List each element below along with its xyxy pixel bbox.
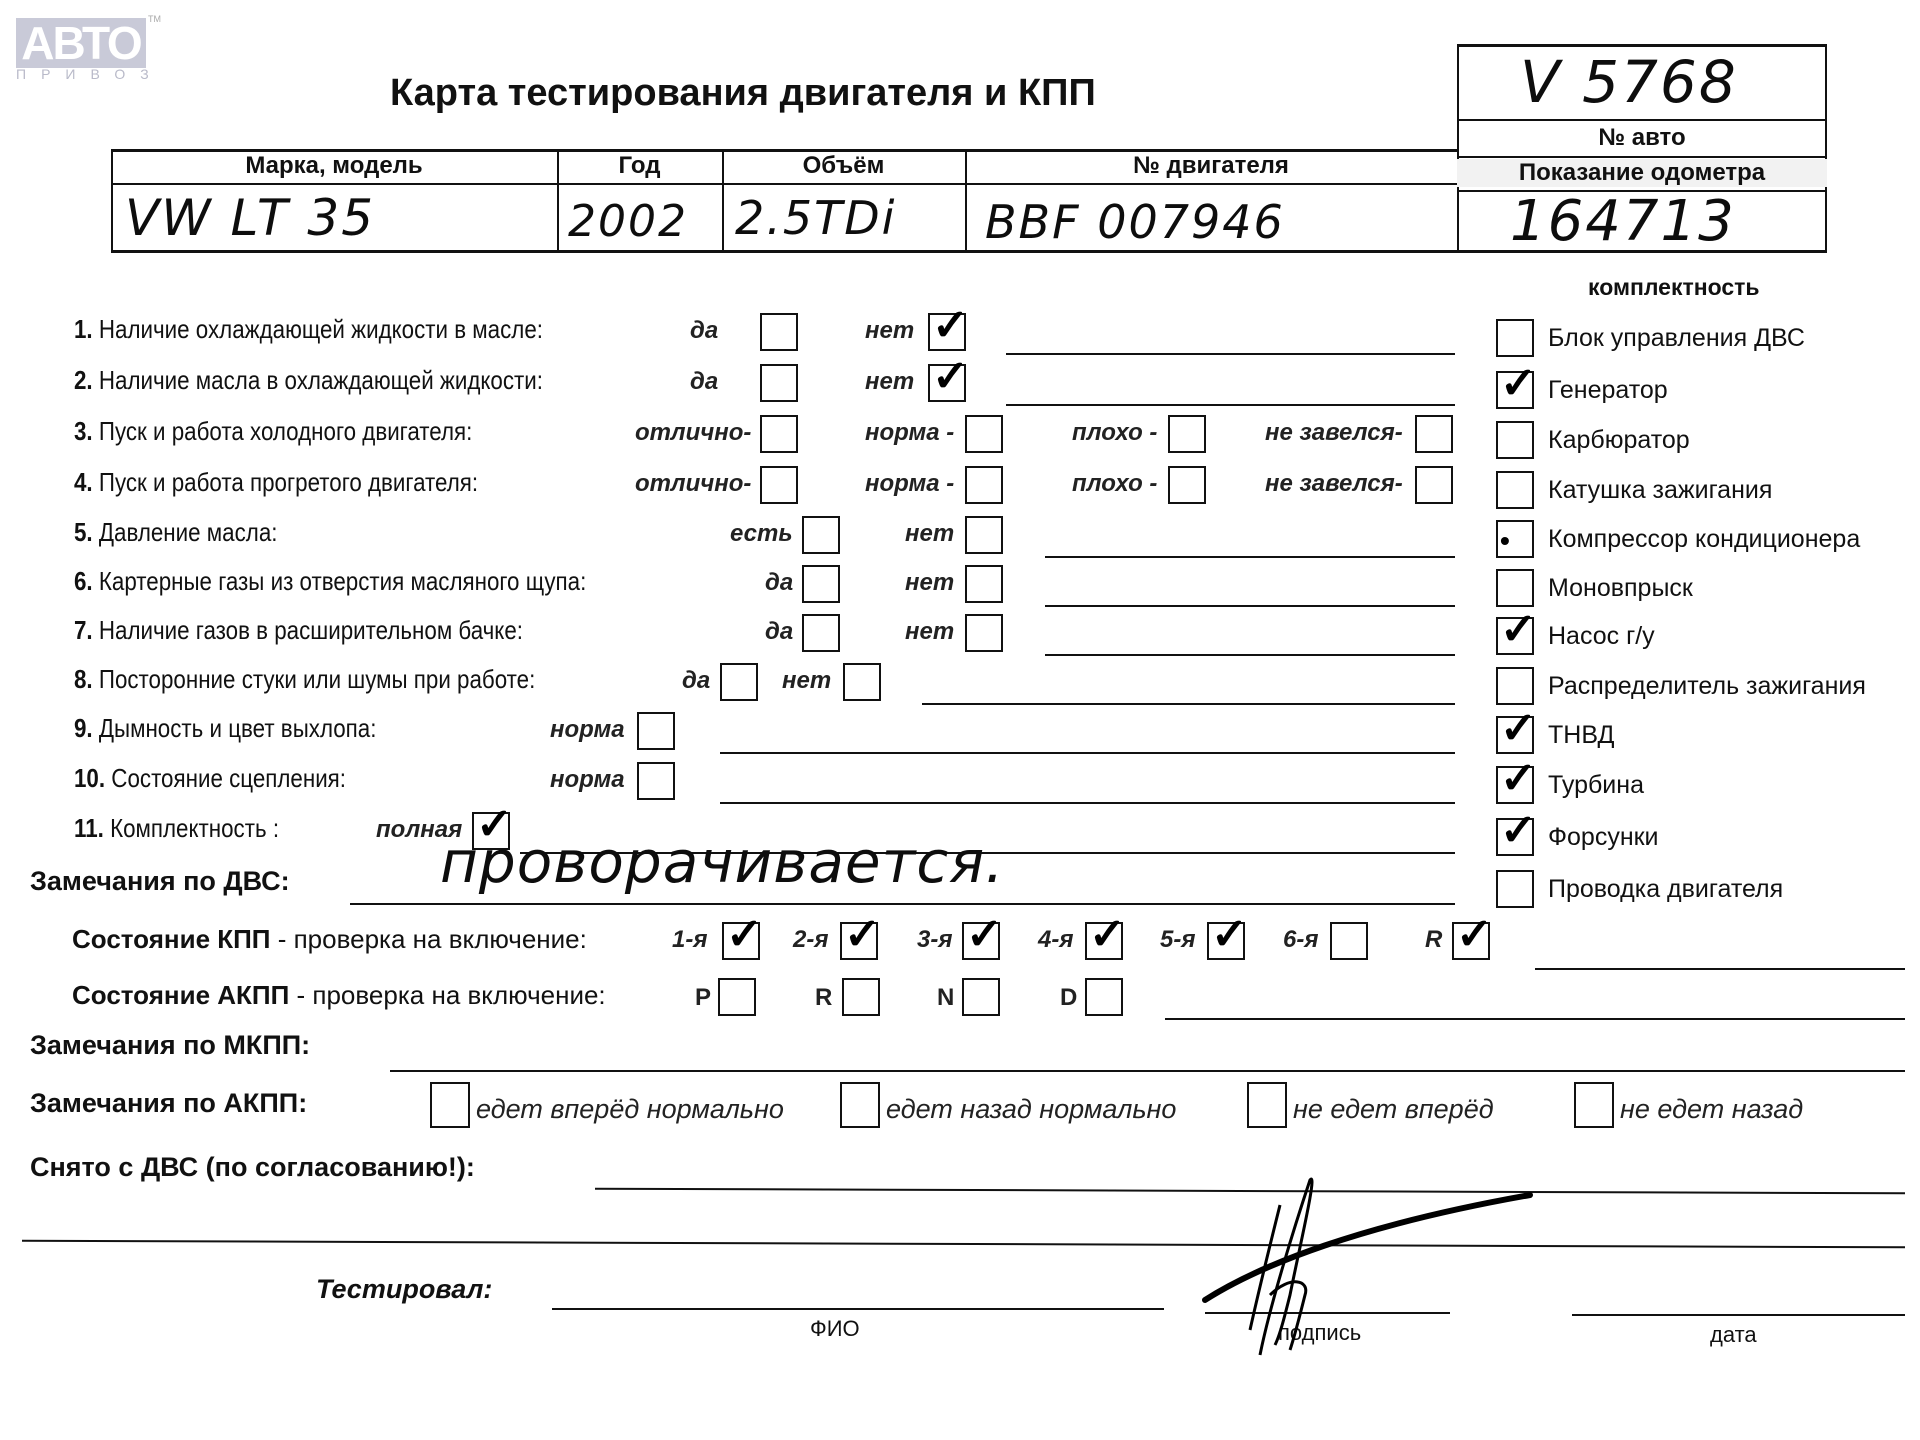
check-row-number: 10. [74, 763, 111, 793]
note-field[interactable] [1045, 556, 1455, 558]
completeness-checkbox[interactable] [1496, 870, 1534, 908]
gear-checkbox[interactable] [1085, 922, 1123, 960]
option-checkbox[interactable] [965, 565, 1003, 603]
option-label: нет [905, 618, 954, 646]
auto-gearbox-label-rest: - проверка на включение: [289, 980, 605, 1010]
check-row-text: Состояние сцепления: [111, 763, 346, 793]
column-header-year: Год [557, 152, 722, 180]
completeness-checkbox[interactable] [1496, 766, 1534, 804]
option-checkbox[interactable] [928, 364, 966, 402]
position-checkbox[interactable] [1085, 978, 1123, 1016]
option-label: не завелся- [1265, 470, 1403, 498]
completeness-checkbox[interactable] [1496, 319, 1534, 357]
option-label: есть [730, 520, 793, 548]
gear-checkbox[interactable] [840, 922, 878, 960]
option-checkbox[interactable] [760, 415, 798, 453]
check-row-number: 6. [74, 566, 99, 596]
completeness-item-label: Карбюратор [1548, 426, 1690, 455]
completeness-checkbox[interactable] [1496, 569, 1534, 607]
gear-checkbox[interactable] [1330, 922, 1368, 960]
option-label: отлично- [635, 419, 751, 447]
manual-gearbox-label: Состояние КПП - проверка на включение: [72, 924, 587, 955]
logo-tm: TM [148, 14, 161, 24]
completeness-item-label: Насос г/у [1548, 622, 1655, 651]
akpp-remarks-label: Замечания по АКПП: [30, 1088, 307, 1119]
engine-number-value[interactable]: BBF 007946 [985, 192, 1285, 252]
option-checkbox[interactable] [843, 663, 881, 701]
option-checkbox[interactable] [802, 516, 840, 554]
column-header-make-model: Марка, модель [111, 152, 557, 180]
odometer-value[interactable]: 164713 [1510, 192, 1736, 252]
completeness-checkbox[interactable] [1496, 667, 1534, 705]
option-checkbox[interactable] [760, 466, 798, 504]
completeness-item-label: Генератор [1548, 376, 1668, 405]
mkpp-remarks-label: Замечания по МКПП: [30, 1030, 310, 1061]
check-row-number: 9. [74, 713, 99, 743]
option-checkbox[interactable] [802, 565, 840, 603]
option-checkbox[interactable] [928, 313, 966, 351]
gear-label: 4-я [1038, 926, 1073, 954]
check-row-label: 4. Пуск и работа прогретого двигателя: [74, 467, 478, 498]
check-row-text: Наличие газов в расширительном бачке: [99, 615, 523, 645]
option-label: да [690, 317, 718, 345]
option-checkbox[interactable] [965, 466, 1003, 504]
akpp-remark-checkbox[interactable] [840, 1082, 880, 1128]
check-row-number: 4. [74, 467, 99, 497]
check-row-text: Наличие масла в охлаждающей жидкости: [99, 365, 543, 395]
position-label: N [937, 984, 954, 1012]
car-number-value[interactable]: V 5768 [1520, 52, 1738, 112]
check-row-label: 8. Посторонние стуки или шумы при работе… [74, 664, 535, 695]
check-row-label: 2. Наличие масла в охлаждающей жидкости: [74, 365, 543, 396]
akpp-remark-checkbox[interactable] [430, 1082, 470, 1128]
check-row-number: 2. [74, 365, 99, 395]
signature-icon [1200, 1165, 1540, 1365]
akpp-remark-label: едет вперёд нормально [476, 1094, 784, 1125]
option-label: да [690, 368, 718, 396]
completeness-item-label: Компрессор кондиционера [1548, 525, 1860, 554]
option-label: нет [905, 569, 954, 597]
check-row-number: 1. [74, 314, 99, 344]
logo: АВТО [16, 18, 146, 68]
check-row-text: Пуск и работа прогретого двигателя: [99, 467, 478, 497]
gear-label: 6-я [1283, 926, 1318, 954]
removed-label: Снято с ДВС (по согласованию!): [30, 1152, 475, 1183]
check-row-text: Давление масла: [99, 517, 278, 547]
akpp-remark-label: не едет вперёд [1293, 1094, 1494, 1125]
completeness-item-label: Проводка двигателя [1548, 875, 1783, 904]
option-label: нет [905, 520, 954, 548]
option-label: да [765, 618, 793, 646]
option-checkbox[interactable] [637, 762, 675, 800]
option-label: не завелся- [1265, 419, 1403, 447]
option-label: нет [782, 667, 831, 695]
car-number-label: № авто [1457, 124, 1827, 152]
position-checkbox[interactable] [962, 978, 1000, 1016]
option-checkbox[interactable] [1168, 415, 1206, 453]
option-label: да [765, 569, 793, 597]
gear-label: 3-я [917, 926, 952, 954]
option-checkbox[interactable] [720, 663, 758, 701]
check-row-label: 6. Картерные газы из отверстия масляного… [74, 566, 586, 597]
manual-gearbox-label-bold: Состояние КПП [72, 924, 271, 954]
gear-label: R [1425, 926, 1442, 954]
completeness-item-label: Распределитель зажигания [1548, 672, 1866, 701]
akpp-remark-label: едет назад нормально [886, 1094, 1176, 1125]
engine-remarks-value[interactable]: проворачивается. [440, 828, 1005, 896]
check-row-number: 7. [74, 615, 99, 645]
completeness-checkbox[interactable] [1496, 371, 1534, 409]
page-title: Карта тестирования двигателя и КПП [390, 72, 1096, 115]
volume-value[interactable]: 2.5TDi [735, 188, 896, 248]
note-field[interactable] [1045, 605, 1455, 607]
completeness-item-label: Блок управления ДВС [1548, 324, 1805, 353]
option-checkbox[interactable] [965, 516, 1003, 554]
option-checkbox[interactable] [802, 614, 840, 652]
date-field[interactable] [1572, 1314, 1905, 1316]
completeness-checkbox[interactable] [1496, 520, 1534, 558]
odometer-label: Показание одометра [1457, 159, 1827, 187]
option-label: норма [550, 716, 625, 744]
akpp-remark-checkbox[interactable] [1574, 1082, 1614, 1128]
option-checkbox[interactable] [637, 712, 675, 750]
completeness-item-label: Турбина [1548, 771, 1644, 800]
position-checkbox[interactable] [718, 978, 756, 1016]
completeness-checkbox[interactable] [1496, 421, 1534, 459]
check-row-label: 7. Наличие газов в расширительном бачке: [74, 615, 523, 646]
position-label: R [815, 984, 832, 1012]
fio-caption: ФИО [810, 1316, 860, 1342]
check-row-text: Пуск и работа холодного двигателя: [99, 416, 472, 446]
completeness-item-label: Катушка зажигания [1548, 476, 1772, 505]
note-field[interactable] [1006, 353, 1455, 355]
note-field[interactable] [922, 703, 1455, 705]
check-row-text: Наличие охлаждающей жидкости в масле: [99, 314, 543, 344]
option-checkbox[interactable] [1415, 415, 1453, 453]
date-caption: дата [1710, 1322, 1757, 1348]
check-row-number: 5. [74, 517, 99, 547]
gear-checkbox[interactable] [962, 922, 1000, 960]
option-label: норма - [865, 470, 954, 498]
option-label: нет [865, 368, 914, 396]
option-checkbox[interactable] [965, 415, 1003, 453]
completeness-checkbox[interactable] [1496, 818, 1534, 856]
check-row-text: Посторонние стуки или шумы при работе: [99, 664, 535, 694]
completeness-checkbox[interactable] [1496, 471, 1534, 509]
completeness-item-label: Форсунки [1548, 823, 1659, 852]
check-row-number: 8. [74, 664, 99, 694]
check-row-text: Дымность и цвет выхлопа: [99, 713, 377, 743]
option-label: норма [550, 766, 625, 794]
gear-label: 1-я [672, 926, 707, 954]
option-label: отлично- [635, 470, 751, 498]
year-value[interactable]: 2002 [568, 192, 688, 252]
option-checkbox[interactable] [1415, 466, 1453, 504]
check-row-label: 10. Состояние сцепления: [74, 763, 346, 794]
check-row-text: Комплектность : [110, 813, 279, 843]
completeness-item-label: ТНВД [1548, 721, 1614, 750]
option-label: плохо - [1072, 470, 1157, 498]
column-header-volume: Объём [722, 152, 965, 180]
manual-gearbox-label-rest: - проверка на включение: [271, 924, 587, 954]
check-row-label: 11. Комплектность : [74, 813, 279, 844]
position-label: D [1060, 984, 1077, 1012]
note-field[interactable] [720, 752, 1455, 754]
check-row-label: 9. Дымность и цвет выхлопа: [74, 713, 376, 744]
auto-gearbox-label-bold: Состояние АКПП [72, 980, 289, 1010]
check-row-number: 3. [74, 416, 99, 446]
auto-gearbox-label: Состояние АКПП - проверка на включение: [72, 980, 606, 1011]
gear-checkbox[interactable] [722, 922, 760, 960]
gear-checkbox[interactable] [1452, 922, 1490, 960]
gear-label: 5-я [1160, 926, 1195, 954]
position-label: P [695, 984, 711, 1012]
engine-remarks-label: Замечания по ДВС: [30, 866, 290, 897]
akpp-remark-checkbox[interactable] [1247, 1082, 1287, 1128]
column-header-engine-number: № двигателя [965, 152, 1457, 180]
completeness-item-label: Моновпрыск [1548, 574, 1693, 603]
check-row-label: 3. Пуск и работа холодного двигателя: [74, 416, 472, 447]
option-label: да [682, 667, 710, 695]
position-checkbox[interactable] [842, 978, 880, 1016]
option-checkbox[interactable] [760, 313, 798, 351]
check-row-label: 5. Давление масла: [74, 517, 277, 548]
gear-checkbox[interactable] [1207, 922, 1245, 960]
logo-subtitle: ПРИВОЗ [16, 66, 164, 82]
option-checkbox[interactable] [760, 364, 798, 402]
mkpp-remarks-field[interactable] [390, 1070, 1905, 1072]
completeness-checkbox[interactable] [1496, 716, 1534, 754]
tested-by-label: Тестировал: [316, 1274, 492, 1305]
option-checkbox[interactable] [965, 614, 1003, 652]
akpp-remark-label: не едет назад [1620, 1094, 1803, 1125]
note-field[interactable] [1045, 654, 1455, 656]
make-model-value[interactable]: VW LT 35 [125, 188, 375, 248]
removed-field-line-2[interactable] [22, 1240, 1905, 1249]
option-checkbox[interactable] [1168, 466, 1206, 504]
option-label: норма - [865, 419, 954, 447]
check-row-number: 11. [74, 813, 110, 843]
check-row-text: Картерные газы из отверстия масляного щу… [99, 566, 586, 596]
check-row-label: 1. Наличие охлаждающей жидкости в масле: [74, 314, 543, 345]
option-label: плохо - [1072, 419, 1157, 447]
note-field[interactable] [720, 802, 1455, 804]
completeness-title: комплектность [1588, 274, 1760, 301]
fio-field[interactable] [552, 1308, 1164, 1310]
gear-label: 2-я [793, 926, 828, 954]
completeness-checkbox[interactable] [1496, 617, 1534, 655]
note-field[interactable] [1006, 404, 1455, 406]
option-label: нет [865, 317, 914, 345]
